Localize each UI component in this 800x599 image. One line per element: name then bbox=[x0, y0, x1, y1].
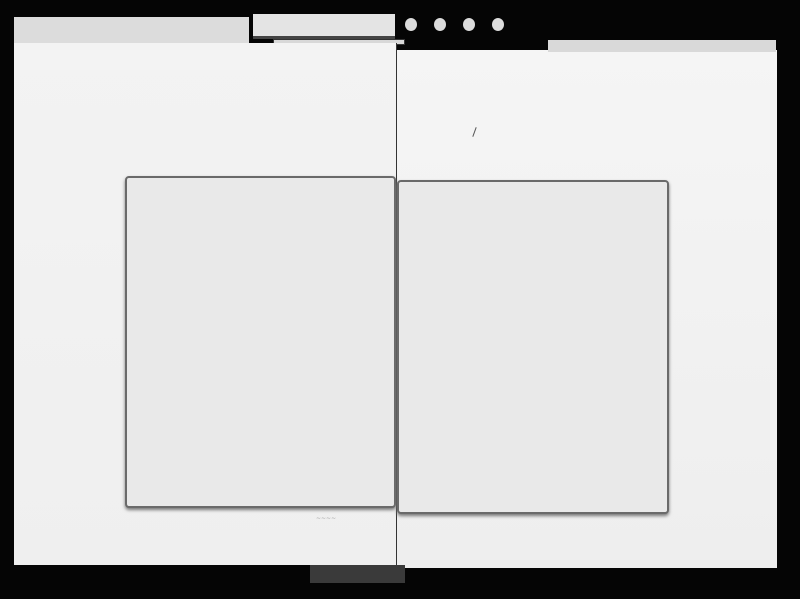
film-title-card bbox=[253, 14, 395, 39]
frame-counter-digit bbox=[434, 18, 446, 31]
film-shadow bbox=[310, 565, 405, 583]
frame-counter-digit bbox=[405, 18, 417, 31]
frame-counter-digit bbox=[463, 18, 475, 31]
register-sheet-left bbox=[125, 176, 396, 508]
faint-stamp: ~~~~ bbox=[316, 515, 336, 522]
scale-ruler-right bbox=[548, 40, 776, 52]
frame-counter-digit bbox=[492, 18, 504, 31]
scale-ruler-left bbox=[14, 17, 249, 44]
register-sheet-right bbox=[397, 180, 669, 514]
microfilm-frame: ~~~~ bbox=[0, 0, 800, 599]
